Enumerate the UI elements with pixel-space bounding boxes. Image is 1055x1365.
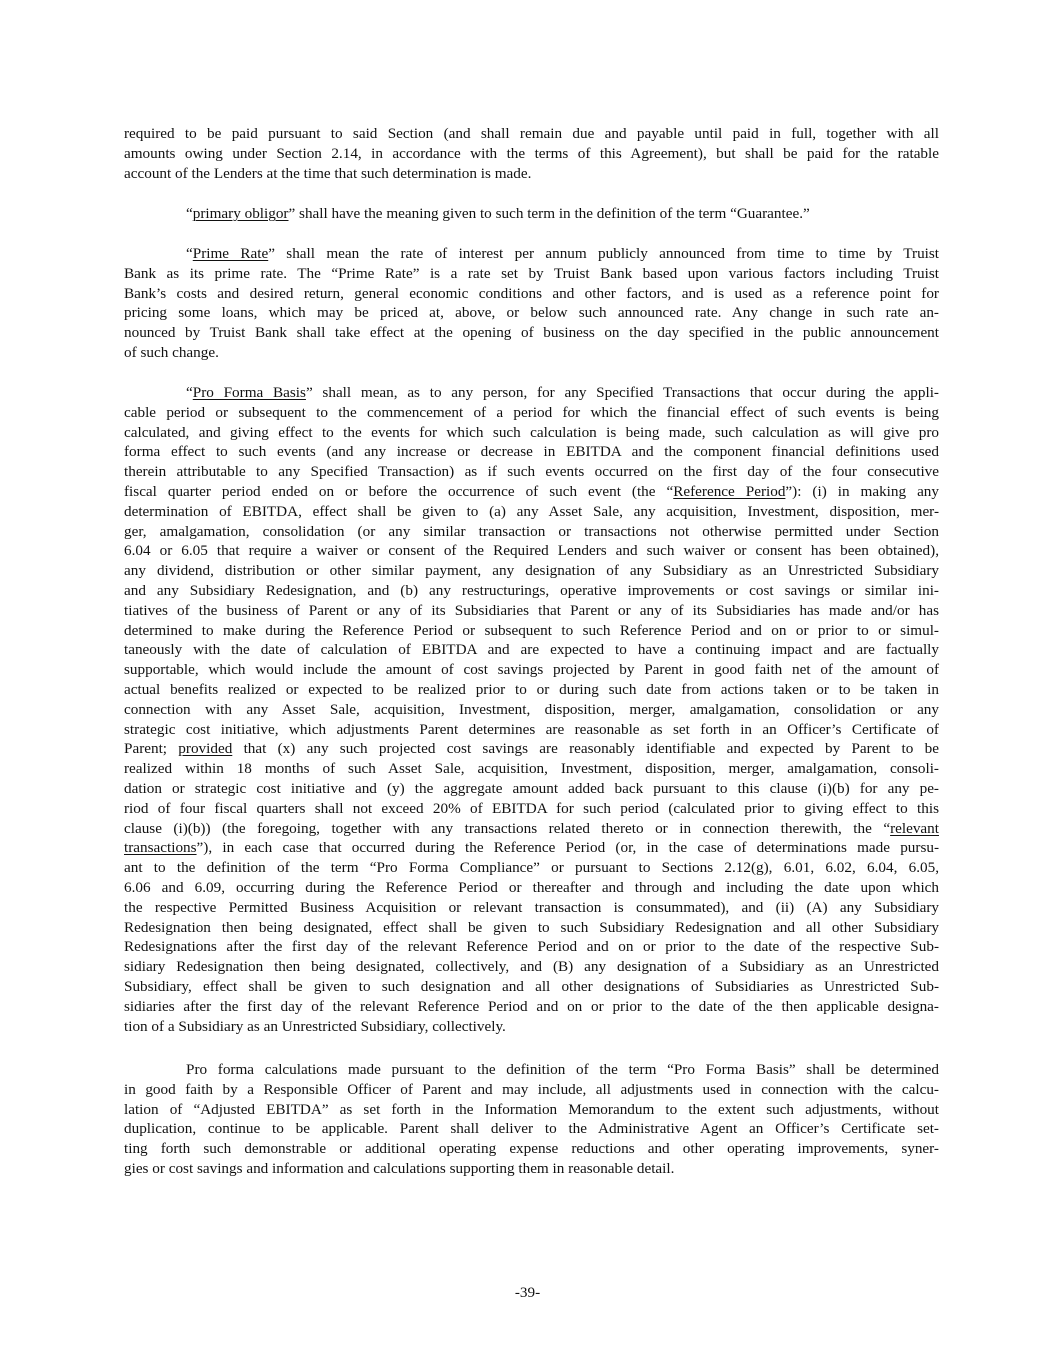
text-line: “Pro Forma Basis” shall mean, as to any … [124,383,939,403]
definition-text: Parent; [124,740,178,757]
defined-term-pro-forma-basis: Pro Forma Basis [193,384,306,401]
text-line: dation or strategic cost initiative and … [124,779,939,799]
text-line: sidiaries after the first day of the rel… [124,997,939,1017]
text-line: tiatives of the business of Parent or an… [124,601,939,621]
text-line: amounts owing under Section 2.14, in acc… [124,144,939,164]
text-line: ger, amalgamation, consolidation (or any… [124,522,939,542]
text-line: duplication, continue to be applicable. … [124,1119,939,1139]
text-line: “primary obligor” shall have the meaning… [124,204,939,224]
open-quote: “ [186,205,193,222]
definition-prime-rate: “Prime Rate” shall mean the rate of inte… [124,244,939,363]
text-line: ant to the definition of the term “Pro F… [124,858,939,878]
text-line: realized within 18 months of such Asset … [124,759,939,779]
text-line: Redesignations after the first day of th… [124,937,939,957]
definition-text: ”): (i) in making any [785,483,939,500]
definition-text: fiscal quarter period ended on or before… [124,483,673,500]
defined-term-reference-period: Reference Period [673,483,785,500]
text-line: forma effect to such events (and any inc… [124,442,939,462]
text-line: lation of “Adjusted EBITDA” as set forth… [124,1100,939,1120]
text-line: strategic cost initiative, which adjustm… [124,720,939,740]
definition-primary-obligor: “primary obligor” shall have the meaning… [124,204,939,224]
text-line: determination of EBITDA, effect shall be… [124,502,939,522]
document-page: required to be paid pursuant to said Sec… [0,0,1055,1365]
text-line: therein attributable to any Specified Tr… [124,462,939,482]
text-line: Bank’s costs and desired return, general… [124,284,939,304]
definition-text: that (x) any such projected cost savings… [232,740,939,757]
definition-text: ” shall mean, as to any person, for any … [306,384,939,401]
definition-text: ” shall mean the rate of interest per an… [268,245,939,262]
definition-pro-forma-basis: “Pro Forma Basis” shall mean, as to any … [124,383,939,1036]
text-line: taneously with the date of calculation o… [124,640,939,660]
text-line: tion of a Subsidiary as an Unrestricted … [124,1017,939,1037]
text-line: determined to make during the Reference … [124,621,939,641]
text-line: fiscal quarter period ended on or before… [124,482,939,502]
text-line: clause (i)(b)) (the foregoing, together … [124,819,939,839]
text-line: account of the Lenders at the time that … [124,164,939,184]
text-line: 6.04 or 6.05 that require a waiver or co… [124,541,939,561]
text-line: calculated, and giving effect to the eve… [124,423,939,443]
text-line: 6.06 and 6.09, occurring during the Refe… [124,878,939,898]
paragraph-pro-forma-calculations: Pro forma calculations made pursuant to … [124,1060,939,1179]
text-line: supportable, which would include the amo… [124,660,939,680]
definition-text: ” shall have the meaning given to such t… [289,205,810,222]
definition-text: ”), in each case that occurred during th… [197,839,939,856]
text-line: transactions”), in each case that occurr… [124,838,939,858]
text-line: and any Subsidiary Redesignation, and (b… [124,581,939,601]
open-quote: “ [186,245,193,262]
text-line: gies or cost savings and information and… [124,1159,939,1179]
text-line: cable period or subsequent to the commen… [124,403,939,423]
text-line: riod of four fiscal quarters shall not e… [124,799,939,819]
text-line: actual benefits realized or expected to … [124,680,939,700]
defined-term-relevant-transactions-part2: transactions [124,839,197,856]
open-quote: “ [186,384,193,401]
text-line: ting forth such demonstrable or addition… [124,1139,939,1159]
text-line: pricing some loans, which may be priced … [124,303,939,323]
text-line: connection with any Asset Sale, acquisit… [124,700,939,720]
text-line: any dividend, distribution or other simi… [124,561,939,581]
paragraph-continuation: required to be paid pursuant to said Sec… [124,124,939,183]
text-line: Subsidiary, effect shall be given to suc… [124,977,939,997]
defined-term-provided: provided [178,740,232,757]
text-line: “Prime Rate” shall mean the rate of inte… [124,244,939,264]
text-line: nounced by Truist Bank shall take effect… [124,323,939,343]
defined-term-primary-obligor: primary obligor [193,205,289,222]
text-line: Bank as its prime rate. The “Prime Rate”… [124,264,939,284]
defined-term-prime-rate: Prime Rate [193,245,268,262]
text-line: Parent; provided that (x) any such proje… [124,739,939,759]
text-line: Pro forma calculations made pursuant to … [124,1060,939,1080]
text-line: in good faith by a Responsible Officer o… [124,1080,939,1100]
definition-text: clause (i)(b)) (the foregoing, together … [124,820,890,837]
page-number: -39- [0,1284,1055,1302]
text-line: sidiary Redesignation then being designa… [124,957,939,977]
text-line: Redesignation then being designated, eff… [124,918,939,938]
paragraph-text: Pro forma calculations made pursuant to … [186,1061,939,1078]
defined-term-relevant-transactions-part1: relevant [890,820,939,837]
text-line: the respective Permitted Business Acquis… [124,898,939,918]
text-line: of such change. [124,343,939,363]
text-line: required to be paid pursuant to said Sec… [124,124,939,144]
